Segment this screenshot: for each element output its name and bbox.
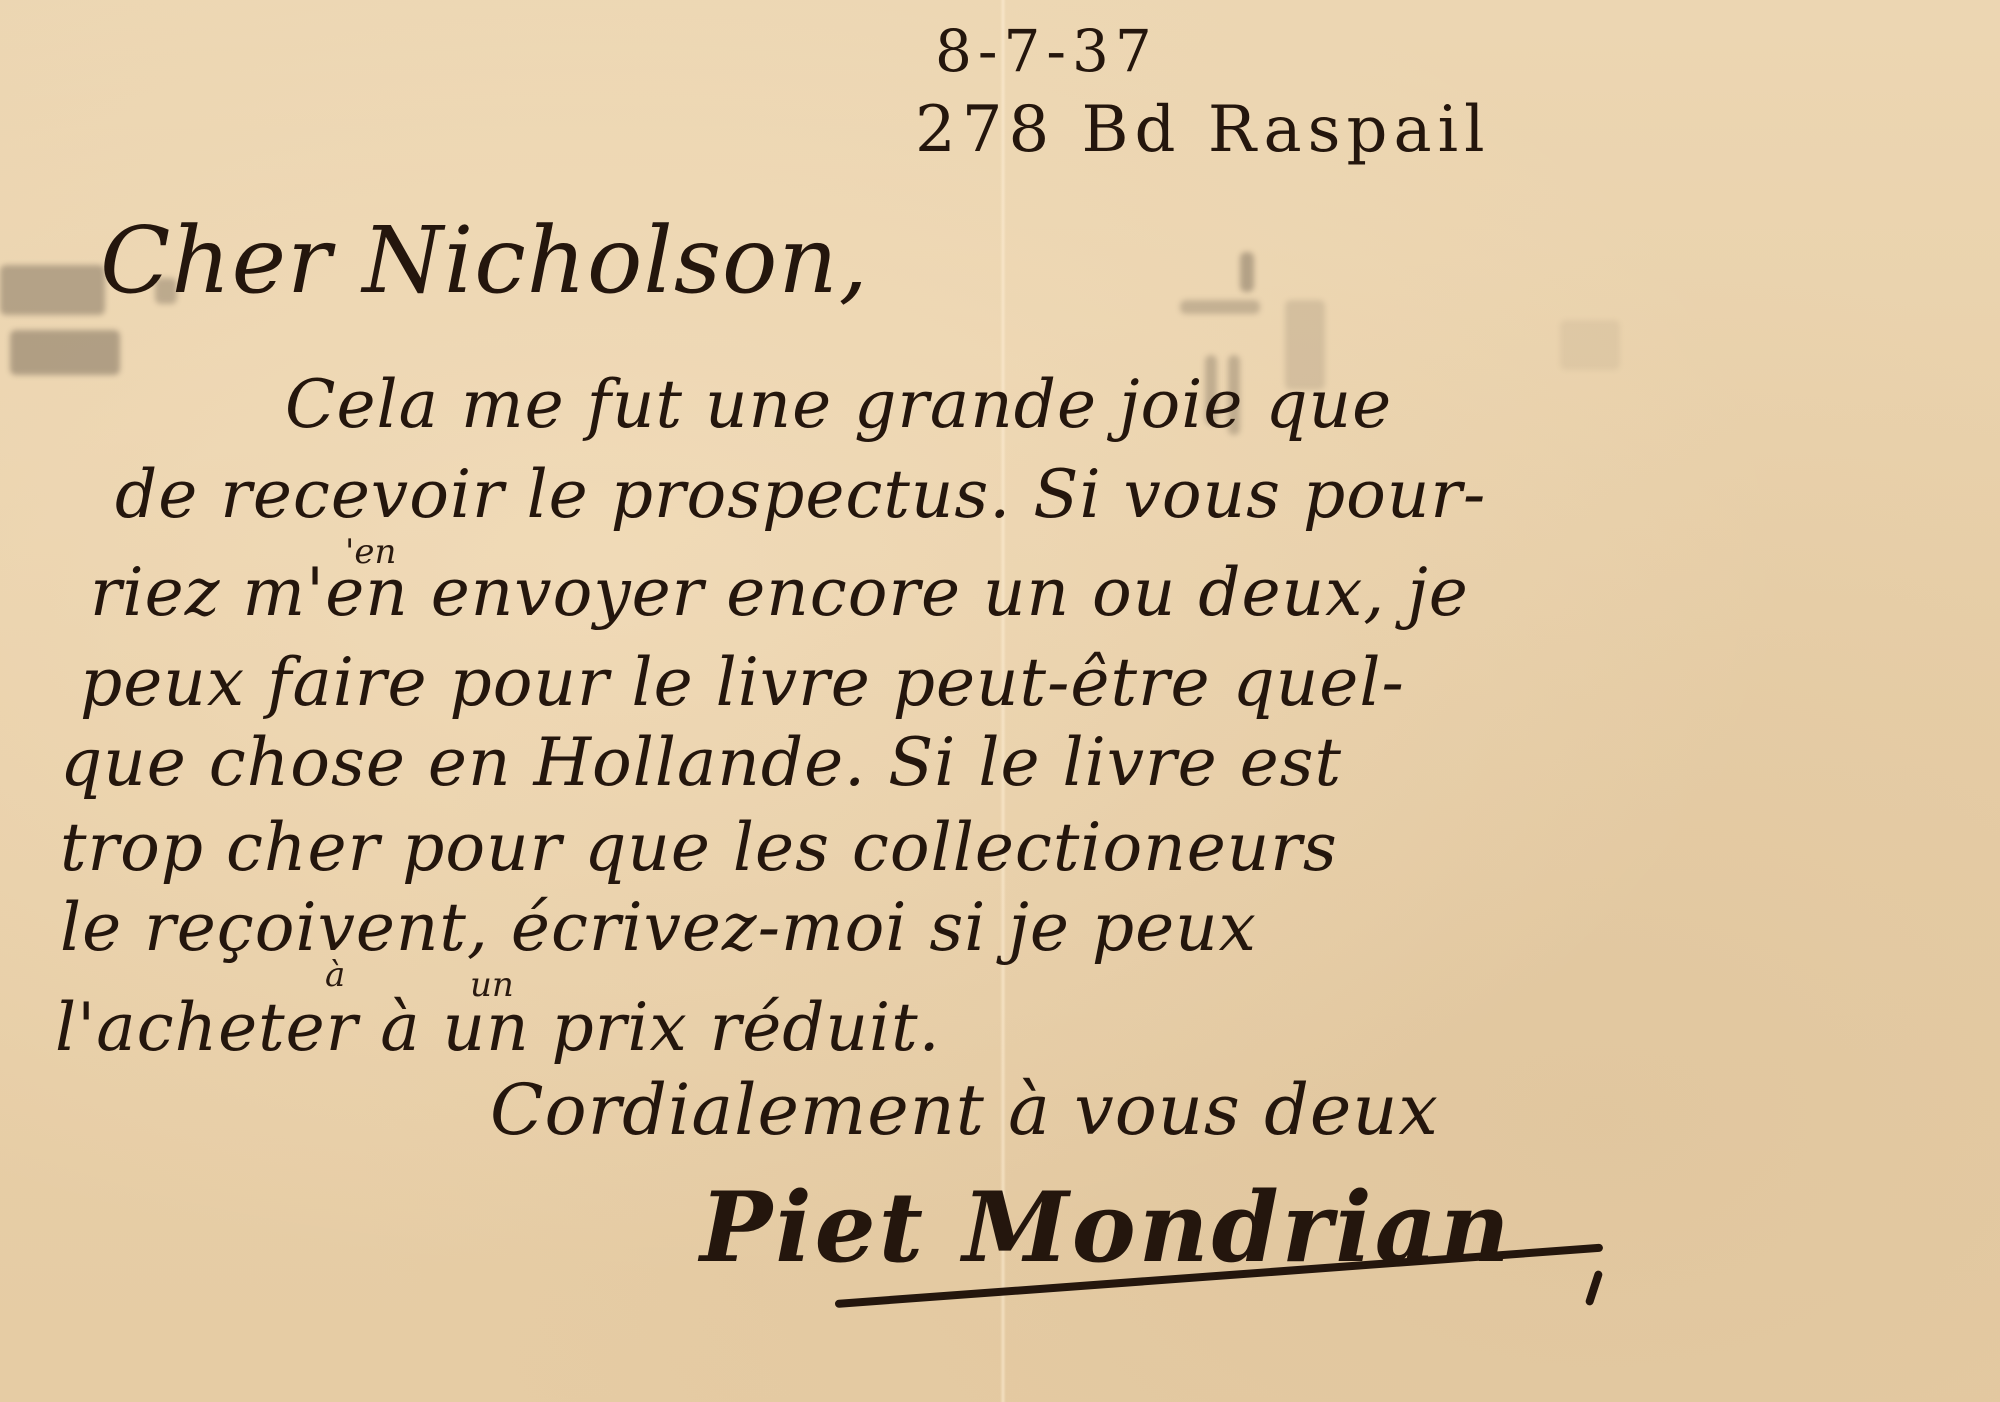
salutation: Cher Nicholson, [100, 215, 869, 307]
closing: Cordialement à vous deux [490, 1075, 1439, 1145]
signature-underline-hook [1585, 1270, 1604, 1307]
letter-address: 278 Bd Raspail [915, 98, 1491, 162]
offset-smudge-left-top [0, 265, 105, 315]
body-line-5: que chose en Hollande. Si le livre est [60, 730, 1342, 796]
body-line-8: l'acheter à un prix réduit. [55, 995, 941, 1061]
body-line-7: le reçoivent, écrivez-moi si je peux [60, 895, 1257, 961]
body-line-3: riez m'en envoyer encore un ou deux, je [90, 560, 1469, 626]
offset-smudge-center-bar [1180, 300, 1260, 314]
offset-smudge-center-dot [1240, 252, 1254, 292]
body-line-1: Cela me fut une grande joie que [285, 372, 1392, 438]
offset-smudge-left-bottom [10, 330, 120, 375]
letter-paper: 8-7-37 278 Bd Raspail Cher Nicholson, Ce… [0, 0, 2000, 1402]
offset-smudge-right-faint [1560, 320, 1620, 370]
letter-date: 8-7-37 [935, 22, 1158, 80]
body-line-4: peux faire pour le livre peut-être quel- [80, 650, 1405, 716]
body-line-6: trop cher pour que les collectioneurs [60, 815, 1338, 881]
body-line-2: de recevoir le prospectus. Si vous pour- [115, 462, 1486, 528]
